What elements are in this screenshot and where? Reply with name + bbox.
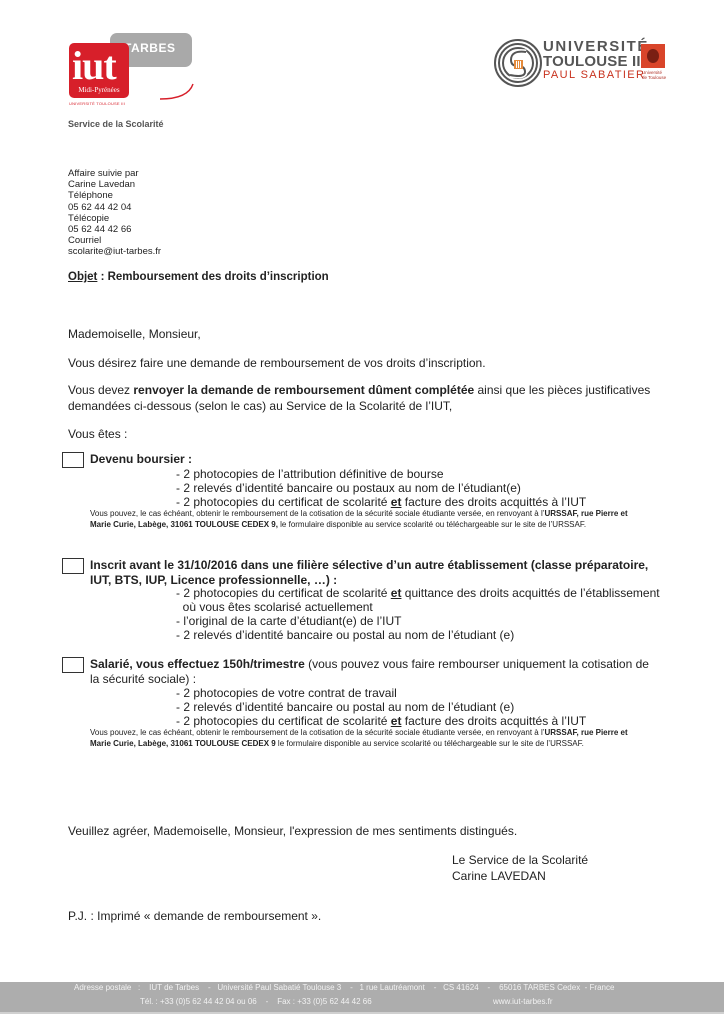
closing: Veuillez agréer, Mademoiselle, Monsieur,… <box>68 823 517 839</box>
item-start: - 2 photocopies du certificat de scolari… <box>176 714 391 728</box>
item-end: facture des droits acquittés à l’IUT <box>401 495 586 509</box>
title-bold: Salarié, vous effectuez 150h/trimestre <box>90 657 305 671</box>
note-start: Vous pouvez, le cas échéant, obtenir le … <box>90 509 545 518</box>
list-item: - l’original de la carte d’étudiant(e) d… <box>176 615 401 628</box>
item-et: et <box>391 714 402 728</box>
list-item: - 2 photocopies de l’attribution définit… <box>176 468 444 481</box>
checkbox-salarie[interactable] <box>62 657 84 673</box>
iut-logo-text: iut <box>72 44 116 88</box>
service-label: Service de la Scolarité <box>68 119 164 129</box>
signature-name: Carine LAVEDAN <box>452 868 588 884</box>
signature: Le Service de la Scolarité Carine LAVEDA… <box>452 852 588 884</box>
paragraph-2: Vous devez renvoyer la demande de rembou… <box>68 382 668 414</box>
phone: 05 62 44 42 04 <box>68 202 161 213</box>
paragraph-1: Vous désirez faire une demande de rembou… <box>68 355 486 371</box>
note-end: le formulaire disponible au service scol… <box>276 739 584 748</box>
footer-website[interactable]: www.iut-tarbes.fr <box>493 997 553 1006</box>
subject-line: Objet : Remboursement des droits d’inscr… <box>68 271 329 283</box>
urssaf-note: Vous pouvez, le cas échéant, obtenir le … <box>90 727 650 749</box>
contact-block: Affaire suivie par Carine Lavedan Téléph… <box>68 168 161 258</box>
iut-logo-university: UNIVERSITÉ TOULOUSE III <box>69 101 125 106</box>
item-end: facture des droits acquittés à l’IUT <box>401 714 586 728</box>
list-item: - 2 relevés d’identité bancaire ou posta… <box>176 482 521 495</box>
title-normal: (vous pouvez vous faire rembourser uniqu… <box>305 657 649 671</box>
list-item: - 2 relevés d’identité bancaire ou posta… <box>176 629 514 642</box>
ut3-logo-line2: TOULOUSE III <box>543 53 645 70</box>
checkbox-filiere-selective[interactable] <box>62 558 84 574</box>
ut3-emblem-icon <box>493 38 543 88</box>
p2-bold: renvoyer la demande de remboursement dûm… <box>133 383 474 397</box>
list-item: - 2 photocopies du certificat de scolari… <box>176 587 660 600</box>
paragraph-3: Vous êtes : <box>68 426 127 442</box>
case-title-line2: la sécurité sociale) : <box>90 672 649 687</box>
note-start: Vous pouvez, le cas échéant, obtenir le … <box>90 728 545 737</box>
list-item: - 2 photocopies de votre contrat de trav… <box>176 687 397 700</box>
case-filiere-title: Inscrit avant le 31/10/2016 dans une fil… <box>90 558 648 588</box>
side-label-2: de Toulouse <box>642 75 666 80</box>
universite-de-toulouse-label: Université de Toulouse <box>642 70 666 80</box>
case-salarie-title: Salarié, vous effectuez 150h/trimestre (… <box>90 657 649 687</box>
iut-logo-tarbes: TARBES <box>124 41 175 55</box>
email[interactable]: scolarite@iut-tarbes.fr <box>68 246 161 257</box>
subject-label: Objet <box>68 271 97 283</box>
fax: 05 62 44 42 66 <box>68 224 161 235</box>
item-start: - 2 photocopies du certificat de scolari… <box>176 495 391 509</box>
item-et: et <box>391 495 402 509</box>
item-start: - 2 photocopies du certificat de scolari… <box>176 586 391 600</box>
item-end: quittance des droits acquittés de l’étab… <box>401 586 659 600</box>
fax-label: Télécopie <box>68 213 161 224</box>
attachment-note: P.J. : Imprimé « demande de remboursemen… <box>68 908 321 924</box>
followed-by: Carine Lavedan <box>68 179 161 190</box>
list-item: - 2 relevés d’identité bancaire ou posta… <box>176 701 514 714</box>
case-boursier-title: Devenu boursier : <box>90 452 192 467</box>
followed-by-label: Affaire suivie par <box>68 168 161 179</box>
greeting: Mademoiselle, Monsieur, <box>68 326 201 342</box>
subject-text: : Remboursement des droits d’inscription <box>97 271 328 283</box>
phone-label: Téléphone <box>68 190 161 201</box>
case-title-line1: Salarié, vous effectuez 150h/trimestre (… <box>90 657 649 672</box>
footer-phone-fax: Tél. : +33 (0)5 62 44 42 04 ou 06 - Fax … <box>140 997 372 1006</box>
item-et: et <box>391 586 402 600</box>
case-title-line1: Inscrit avant le 31/10/2016 dans une fil… <box>90 558 648 573</box>
footer-address: Adresse postale : IUT de Tarbes - Univer… <box>74 983 614 992</box>
swoosh-icon <box>160 82 196 100</box>
email-label: Courriel <box>68 235 161 246</box>
urssaf-note: Vous pouvez, le cas échéant, obtenir le … <box>90 508 650 530</box>
p2-start: Vous devez <box>68 383 133 397</box>
signature-service: Le Service de la Scolarité <box>452 852 588 868</box>
ut3-logo-line3: PAUL SABATIER <box>543 69 645 81</box>
note-end: le formulaire disponible au service scol… <box>278 520 586 529</box>
universite-de-toulouse-emblem-icon <box>647 49 659 63</box>
iut-logo-region: Midi-Pyrénées <box>70 86 128 94</box>
list-item-continued: où vous êtes scolarisé actuellement <box>176 601 373 614</box>
checkbox-boursier[interactable] <box>62 452 84 468</box>
